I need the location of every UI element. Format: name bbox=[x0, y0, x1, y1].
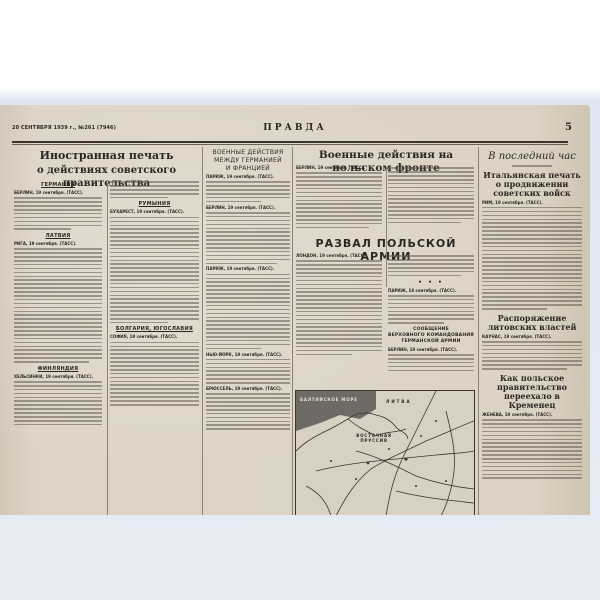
subcolumn-right: РУМЫНИЯ БУХАРЕСТ, 19 сентября. (ТАСС). Б… bbox=[110, 179, 199, 408]
column-divider bbox=[202, 147, 203, 515]
article-text bbox=[482, 341, 582, 370]
article-text bbox=[482, 207, 582, 310]
rubric: В последний час bbox=[482, 151, 582, 162]
dateline: БУХАРЕСТ, 19 сентября. (ТАСС). bbox=[110, 209, 199, 214]
article-text bbox=[388, 295, 474, 324]
subcolumn-left: БЕРЛИН, 19 сентября. (ТАСС). bbox=[296, 165, 382, 231]
dateline: БЕРЛИН, 19 сентября. (ТАСС). bbox=[206, 205, 290, 210]
column-divider bbox=[292, 147, 293, 515]
column-divider bbox=[107, 183, 108, 515]
headline-line: МЕЖДУ ГЕРМАНИЕЙ bbox=[206, 157, 290, 164]
headline-line: ВОЕННЫЕ ДЕЙСТВИЯ bbox=[206, 149, 290, 156]
masthead: 20 СЕНТЯБРЯ 1939 г., №261 (7946) ПРАВДА … bbox=[12, 123, 578, 137]
dateline: ХЕЛЬСИНКИ, 19 сентября. (ТАСС). bbox=[14, 374, 102, 379]
page-number: 5 bbox=[565, 122, 572, 133]
dateline: НЬЮ-ЙОРК, 19 сентября. (ТАСС). bbox=[206, 352, 290, 357]
item-headline: Как польское правительство переехало в К… bbox=[482, 374, 582, 410]
subcolumn-left: ГЕРМАНИЯ БЕРЛИН, 19 сентября. (ТАСС). ЛА… bbox=[14, 179, 102, 428]
dateline: КАУНАС, 19 сентября. (ТАСС). bbox=[482, 334, 582, 339]
map-poland: БАЛТИЙСКОЕ МОРЕ ЛИТВА ВОСТОЧНАЯ ПРУССИЯ bbox=[295, 390, 475, 515]
article-text bbox=[14, 197, 102, 230]
article-text bbox=[110, 342, 199, 406]
dateline: БЕРЛИН, 19 сентября. (ТАСС). bbox=[296, 165, 382, 170]
article-text bbox=[206, 393, 290, 430]
report-heading: ГЕРМАНСКОЙ АРМИИ bbox=[388, 339, 474, 345]
germany-france-article: ВОЕННЫЕ ДЕЙСТВИЯ МЕЖДУ ГЕРМАНИЕЙ И ФРАНЦ… bbox=[206, 147, 290, 515]
article-text bbox=[206, 212, 290, 264]
headline-line: И ФРАНЦИЕЙ bbox=[206, 165, 290, 172]
item-headline: Распоряжение литовских властей bbox=[482, 314, 582, 332]
newspaper-page: 20 СЕНТЯБРЯ 1939 г., №261 (7946) ПРАВДА … bbox=[0, 105, 590, 515]
subcolumn-left: ЛОНДОН, 19 сентября. (ТАСС). bbox=[296, 253, 382, 358]
article-text bbox=[14, 381, 102, 425]
article-text bbox=[206, 181, 290, 202]
masthead-rule-thin bbox=[12, 144, 568, 145]
item-headline: Итальянская печать о продвижении советск… bbox=[482, 171, 582, 198]
article-text bbox=[110, 181, 199, 198]
section-heading: ГЕРМАНИЯ bbox=[14, 182, 102, 188]
dateline: ПАРИЖ, 18 сентября. (ТАСС). bbox=[388, 288, 474, 293]
subcolumn-right bbox=[388, 165, 474, 226]
article-text bbox=[296, 172, 382, 228]
article-text bbox=[388, 354, 474, 371]
section-heading: ФИНЛЯНДИЯ bbox=[14, 366, 102, 372]
column-divider bbox=[386, 167, 387, 287]
dateline: РИМ, 19 сентября. (ТАСС). bbox=[482, 200, 582, 205]
article-text bbox=[296, 260, 382, 355]
headline: Иностранная печать bbox=[14, 149, 199, 162]
section-heading: БОЛГАРИЯ, ЮГОСЛАВИЯ bbox=[110, 326, 199, 332]
dateline: РИГА, 19 сентября. (ТАСС). bbox=[14, 241, 102, 246]
section-heading: ЛАТВИЯ bbox=[14, 233, 102, 239]
column-divider bbox=[478, 147, 479, 515]
dateline: СОФИЯ, 19 сентября. (ТАСС). bbox=[110, 334, 199, 339]
masthead-rule bbox=[12, 141, 568, 143]
article-text bbox=[110, 217, 199, 324]
article-text bbox=[14, 248, 102, 362]
dateline: БРЮССЕЛЬ, 19 сентября. (ТАСС). bbox=[206, 386, 290, 391]
dateline: БЕРЛИН, 19 сентября. (ТАСС). bbox=[388, 347, 474, 352]
map-borders-rails bbox=[296, 391, 474, 515]
article-text bbox=[388, 167, 474, 223]
newspaper-title: ПРАВДА bbox=[12, 123, 578, 133]
report-heading: ВЕРХОВНОГО КОМАНДОВАНИЯ bbox=[388, 333, 474, 339]
dateline: ПАРИЖ, 19 сентября. (ТАСС). bbox=[206, 266, 290, 271]
subcolumn-right: • • • ПАРИЖ, 18 сентября. (ТАСС). СООБЩЕ… bbox=[388, 253, 474, 374]
article-text bbox=[206, 274, 290, 350]
dateline: ЛОНДОН, 19 сентября. (ТАСС). bbox=[296, 253, 382, 258]
rubric-note bbox=[512, 165, 552, 167]
dateline: БЕРЛИН, 19 сентября. (ТАСС). bbox=[14, 190, 102, 195]
article-text bbox=[388, 255, 474, 276]
section-heading: РУМЫНИЯ bbox=[110, 201, 199, 207]
separator: • • • bbox=[388, 279, 474, 286]
article-text bbox=[482, 419, 582, 479]
dateline: ЖЕНЕВА, 19 сентября. (ТАСС). bbox=[482, 412, 582, 417]
dateline: ПАРИЖ, 19 сентября. (ТАСС). bbox=[206, 174, 290, 179]
article-text bbox=[206, 359, 290, 384]
last-hour-column: В последний час Итальянская печать о про… bbox=[482, 147, 582, 515]
